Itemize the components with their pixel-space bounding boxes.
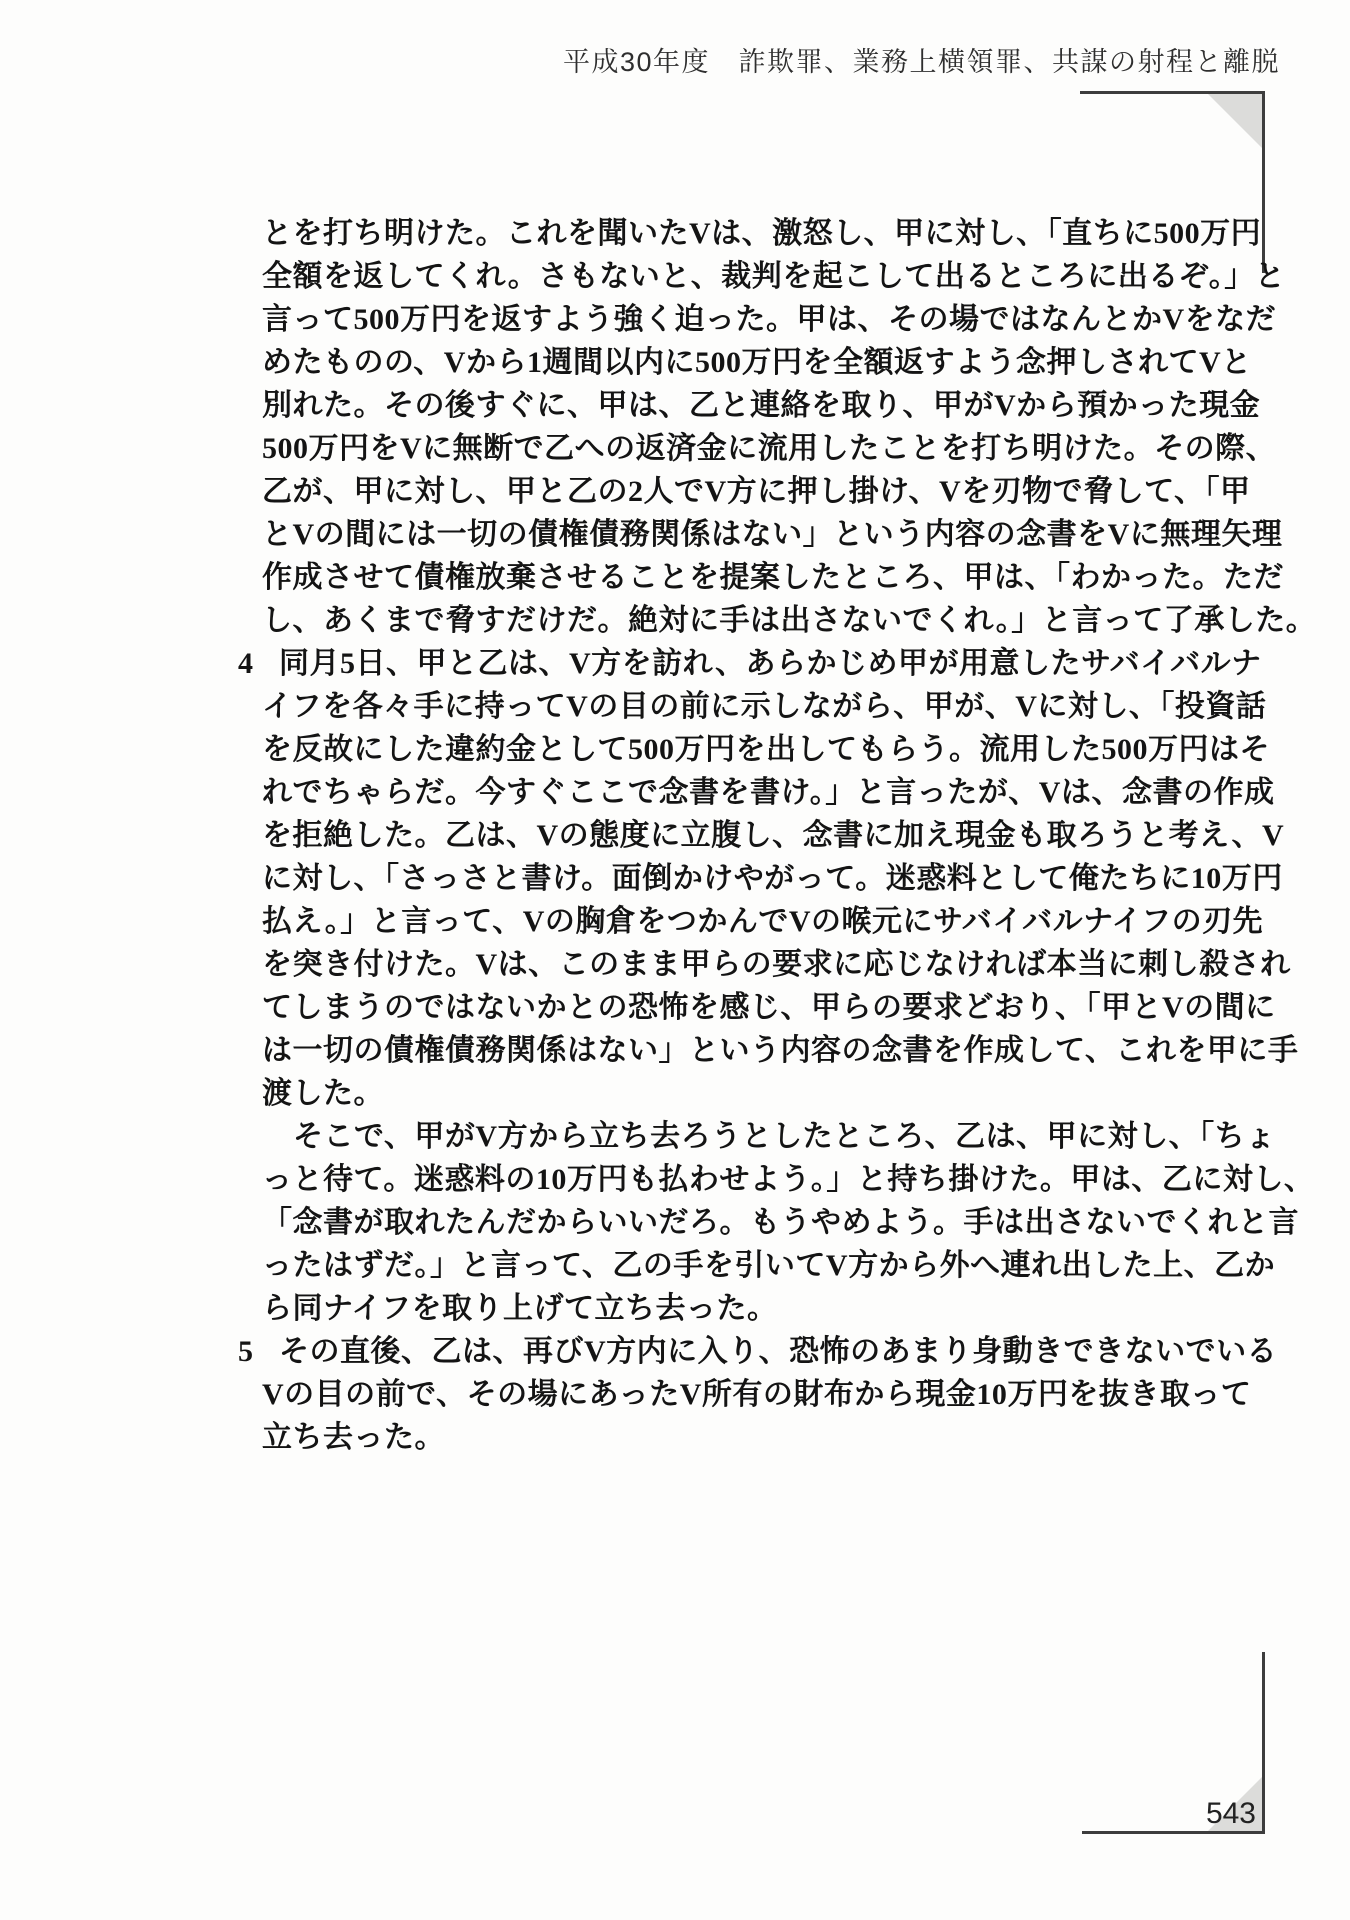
text-line-paragraph-start: そこで、甲がV方から立ち去ろうとしたところ、乙は、甲に対し、「ちょ	[262, 1115, 1207, 1158]
text-line: 乙が、甲に対し、甲と乙の2人でV方に押し掛け、Vを刃物で脅して、「甲	[262, 470, 1207, 513]
text-line: 作成させて債権放棄させることを提案したところ、甲は、「わかった。ただ	[262, 556, 1207, 599]
body-text-block: とを打ち明けた。これを聞いたVは、激怒し、甲に対し、「直ちに500万円 全額を返…	[262, 212, 1207, 1459]
text-line: し、あくまで脅すだけだ。絶対に手は出さないでくれ。」と言って了承した。	[262, 599, 1207, 642]
text-line: 言って500万円を返すよう強く迫った。甲は、その場ではなんとかVをなだ	[262, 298, 1207, 341]
text-line: 同月5日、甲と乙は、V方を訪れ、あらかじめ甲が用意したサバイバルナ	[262, 642, 1262, 685]
text-line: めたものの、Vから1週間以内に500万円を全額返すよう念押しされてVと	[262, 341, 1207, 384]
text-line: は一切の債権債務関係はない」という内容の念書を作成して、これを甲に手	[262, 1029, 1207, 1072]
bottom-corner-rule-vertical	[1262, 1652, 1265, 1834]
text-line: を反故にした違約金として500万円を出してもらう。流用した500万円はそ	[262, 728, 1207, 771]
top-corner-rule-vertical	[1262, 91, 1265, 273]
text-line: とVの間には一切の債権債務関係はない」という内容の念書をVに無理矢理	[262, 513, 1207, 556]
running-header: 平成30年度 詐欺罪、業務上横領罪、共謀の射程と離脱	[563, 40, 1280, 79]
text-line: 別れた。その後すぐに、甲は、乙と連絡を取り、甲がVから預かった現金	[262, 384, 1207, 427]
text-line: ったはずだ。」と言って、乙の手を引いてV方から外へ連れ出した上、乙か	[262, 1244, 1207, 1287]
paragraph-number: 4	[238, 642, 254, 685]
text-line-numbered-5: 5その直後、乙は、再びV方内に入り、恐怖のあまり身動きできないでいる	[262, 1330, 1207, 1373]
text-line: 渡した。	[262, 1072, 1207, 1115]
page-number: 543	[1206, 1797, 1256, 1831]
text-line: 500万円をVに無断で乙への返済金に流用したことを打ち明けた。その際、	[262, 427, 1207, 470]
text-line: ら同ナイフを取り上げて立ち去った。	[262, 1287, 1207, 1330]
text-line: 全額を返してくれ。さもないと、裁判を起こして出るところに出るぞ。」と	[262, 255, 1207, 298]
paragraph-number: 5	[238, 1330, 254, 1373]
folded-corner-top-icon	[1208, 94, 1262, 148]
text-line: を拒絶した。乙は、Vの態度に立腹し、念書に加え現金も取ろうと考え、V	[262, 814, 1207, 857]
text-line: その直後、乙は、再びV方内に入り、恐怖のあまり身動きできないでいる	[262, 1330, 1277, 1373]
document-page: 平成30年度 詐欺罪、業務上横領罪、共謀の射程と離脱 とを打ち明けた。これを聞い…	[0, 0, 1350, 1920]
text-line-numbered-4: 4同月5日、甲と乙は、V方を訪れ、あらかじめ甲が用意したサバイバルナ	[262, 642, 1207, 685]
bottom-corner-rule-horizontal	[1082, 1831, 1265, 1834]
text-line: れでちゃらだ。今すぐここで念書を書け。」と言ったが、Vは、念書の作成	[262, 771, 1207, 814]
text-line: 「念書が取れたんだからいいだろ。もうやめよう。手は出さないでくれと言	[262, 1201, 1207, 1244]
text-line: とを打ち明けた。これを聞いたVは、激怒し、甲に対し、「直ちに500万円	[262, 212, 1207, 255]
text-line: を突き付けた。Vは、このまま甲らの要求に応じなければ本当に刺し殺され	[262, 943, 1207, 986]
text-line: イフを各々手に持ってVの目の前に示しながら、甲が、Vに対し、「投資話	[262, 685, 1207, 728]
text-line: っと待て。迷惑料の10万円も払わせよう。」と持ち掛けた。甲は、乙に対し、	[262, 1158, 1207, 1201]
text-line: 払え。」と言って、Vの胸倉をつかんでVの喉元にサバイバルナイフの刃先	[262, 900, 1207, 943]
text-line: に対し、「さっさと書け。面倒かけやがって。迷惑料として俺たちに10万円	[262, 857, 1207, 900]
text-line: てしまうのではないかとの恐怖を感じ、甲らの要求どおり、「甲とVの間に	[262, 986, 1207, 1029]
text-line: Vの目の前で、その場にあったV所有の財布から現金10万円を抜き取って	[262, 1373, 1207, 1416]
text-line: 立ち去った。	[262, 1416, 1207, 1459]
